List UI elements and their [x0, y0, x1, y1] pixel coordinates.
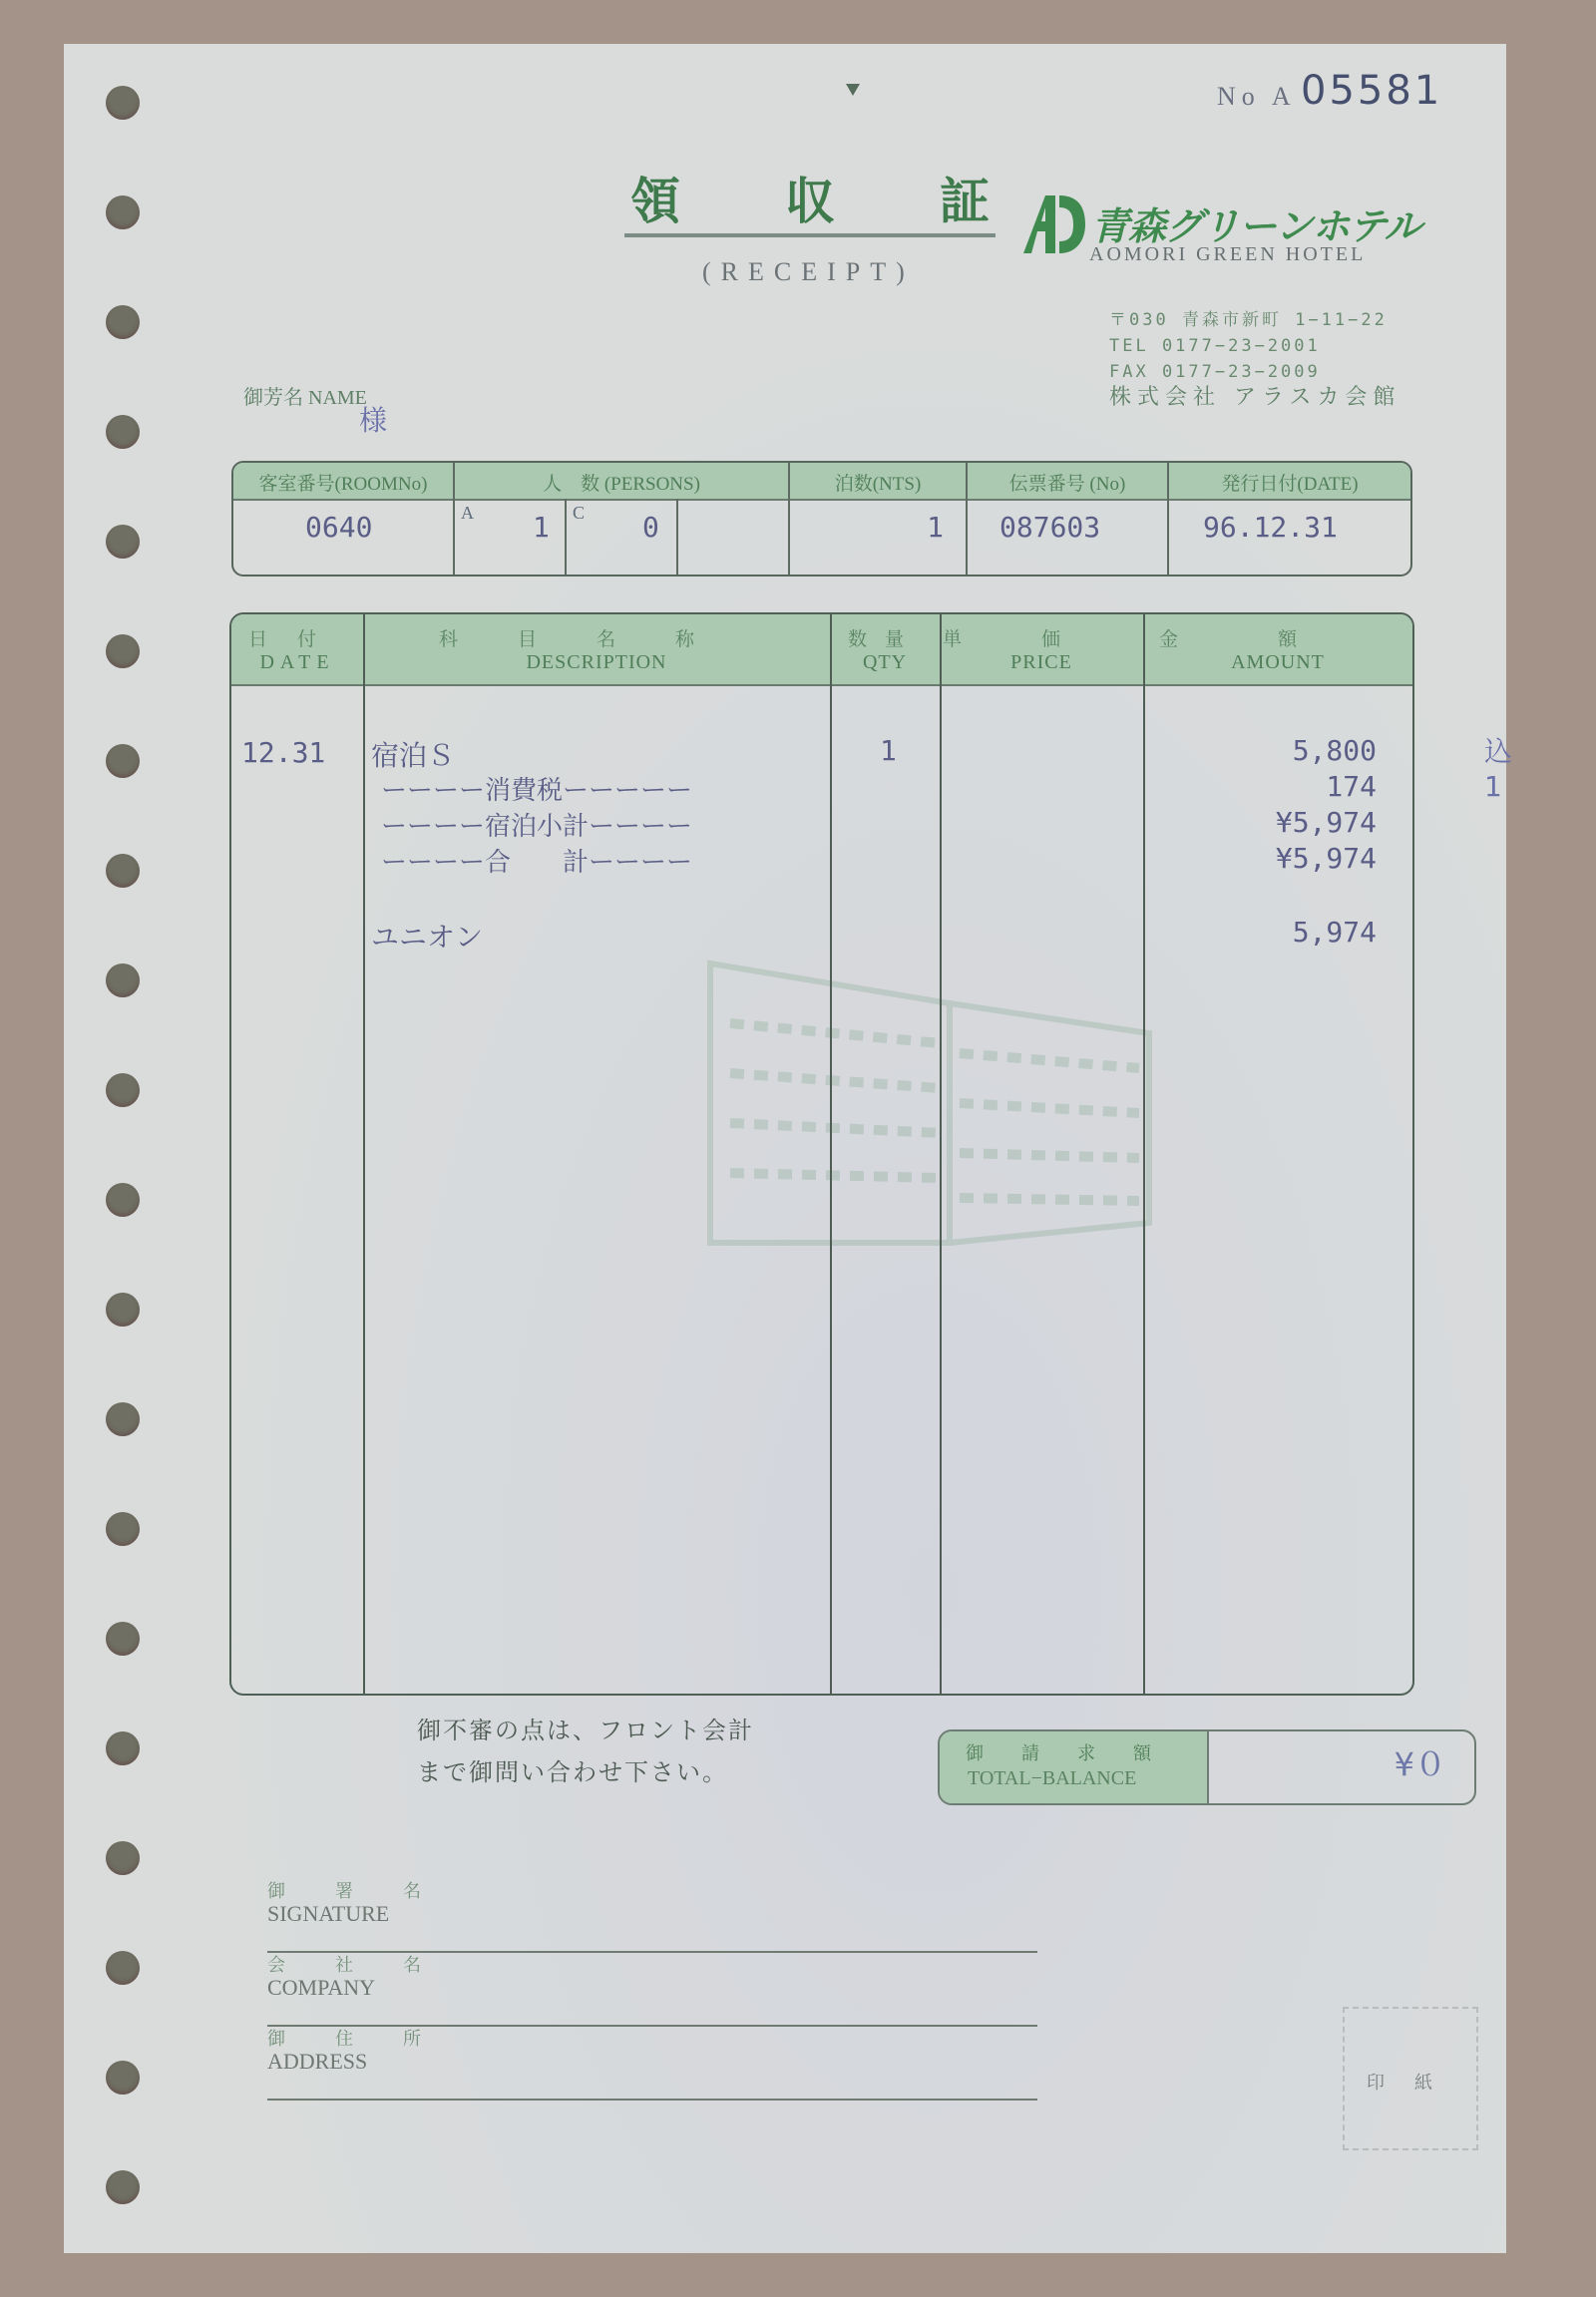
revenue-stamp-box: 印紙: [1343, 2007, 1478, 2150]
charges-table: 日付 DATE 科目名称 DESCRIPTION 数量 QTY 単価 PRICE…: [229, 612, 1414, 1696]
title-char: 領: [630, 162, 680, 233]
issue-date-header: 発行日付(DATE): [1169, 469, 1410, 496]
persons-divider: [565, 499, 567, 574]
punch-hole: [106, 963, 140, 997]
punch-hole: [106, 1402, 140, 1436]
adult-count: 1: [533, 511, 550, 544]
total-balance-box: 御請求額 TOTAL−BALANCE ¥０: [938, 1729, 1476, 1805]
total-balance-label-jp: 御請求額: [966, 1739, 1189, 1765]
hotel-logo-icon: [1019, 191, 1085, 257]
total-balance-label-en: TOTAL−BALANCE: [968, 1767, 1136, 1790]
row-description: 宿泊Ｓ: [371, 734, 455, 774]
tax-included-note: 込1: [1484, 730, 1512, 803]
row-description: ーーーー消費税ーーーーー: [381, 770, 692, 807]
header-date: 日付 DATE: [231, 614, 363, 684]
title-japanese: 領 収 証: [630, 162, 990, 233]
persons-header: 人 数 (PERSONS): [455, 469, 788, 496]
slip-number: 087603: [999, 511, 1100, 544]
adult-prefix: A: [461, 503, 474, 524]
child-count: 0: [642, 511, 659, 544]
title-english: (RECEIPT): [702, 257, 915, 287]
guest-name-label: 御芳名 NAME: [243, 381, 367, 410]
punch-hole: [106, 1731, 140, 1765]
nights-count: 1: [927, 511, 944, 544]
total-balance-label-cell: 御請求額 TOTAL−BALANCE: [940, 1731, 1209, 1803]
header-price-en: PRICE: [940, 651, 1143, 674]
punch-hole: [106, 744, 140, 778]
punch-hole: [106, 854, 140, 888]
slip-no-cell: 伝票番号 (No) 087603: [966, 463, 1167, 574]
issue-date: 96.12.31: [1203, 511, 1338, 544]
header-amount-en: AMOUNT: [1143, 651, 1412, 674]
room-cell: 客室番号(ROOMNo) 0640: [233, 463, 453, 574]
issue-date-cell: 発行日付(DATE) 96.12.31: [1167, 463, 1410, 574]
title-char: 収: [785, 162, 835, 233]
header-date-jp: 日付: [231, 624, 363, 651]
company-label-en: COMPANY: [267, 1975, 375, 2001]
receipt-number-label: No A: [1217, 82, 1297, 112]
row-amount: 5,800: [1137, 734, 1377, 767]
punch-hole: [106, 634, 140, 668]
guest-honorific: 様: [359, 399, 387, 439]
column-divider: [363, 614, 365, 1694]
punch-hole: [106, 415, 140, 449]
row-description: ーーーー宿泊小計ーーーー: [381, 806, 692, 843]
hotel-address-block: 〒030 青森市新町 1−11−22 TEL 0177−23−2001 FAX …: [1109, 307, 1400, 411]
room-number: 0640: [305, 511, 372, 544]
row-amount: ¥5,974: [1137, 806, 1377, 839]
total-balance-value: ¥０: [1395, 1739, 1446, 1785]
header-price-jp: 単価: [940, 624, 1143, 651]
notice-line-1: 御不審の点は、フロント会計: [417, 1710, 754, 1751]
row-amount: ¥5,974: [1137, 842, 1377, 875]
company-label-jp: 会社名: [267, 1951, 471, 1977]
punch-hole: [106, 1073, 140, 1107]
header-amount: 金額 AMOUNT: [1143, 614, 1412, 684]
hotel-name-japanese: 青森グリーンホテル: [1091, 195, 1420, 250]
stay-info-table: 客室番号(ROOMNo) 0640 人 数 (PERSONS) A 1 C 0 …: [231, 461, 1412, 576]
header-description: 科目名称 DESCRIPTION: [363, 614, 830, 684]
header-price: 単価 PRICE: [940, 614, 1143, 684]
receipt-number: 05581: [1301, 68, 1442, 114]
punch-hole: [106, 2170, 140, 2204]
punch-hole: [106, 86, 140, 120]
receipt-paper: No A 05581 領 収 証 (RECEIPT) 青森グリーンホテル AOM…: [64, 44, 1506, 2253]
signature-label-en: SIGNATURE: [267, 1901, 389, 1927]
signature-label-jp: 御署名: [267, 1877, 471, 1903]
inquiry-notice: 御不審の点は、フロント会計 まで御問い合わせ下さい。: [417, 1710, 754, 1793]
room-header: 客室番号(ROOMNo): [233, 469, 453, 496]
address-field[interactable]: 御住所 ADDRESS: [267, 2025, 1037, 2101]
punch-hole: [106, 525, 140, 559]
header-qty-jp: 数量: [830, 624, 940, 651]
company-field[interactable]: 会社名 COMPANY: [267, 1951, 1037, 2027]
header-amount-jp: 金額: [1143, 624, 1412, 651]
address-label-jp: 御住所: [267, 2025, 471, 2051]
row-qty: 1: [880, 734, 897, 767]
punch-hole: [106, 1951, 140, 1985]
child-prefix: C: [573, 503, 585, 524]
punch-hole: [106, 1512, 140, 1546]
punch-hole: [106, 1841, 140, 1875]
title-underline: [624, 233, 996, 237]
persons-divider: [676, 499, 678, 574]
punch-hole: [106, 1293, 140, 1327]
row-date: 12.31: [241, 736, 325, 769]
hotel-building-watermark-icon: [650, 924, 1169, 1253]
slip-no-header: 伝票番号 (No): [968, 469, 1167, 496]
persons-cell: 人 数 (PERSONS) A 1 C 0: [453, 463, 788, 574]
punch-hole: [106, 1622, 140, 1656]
header-description-en: DESCRIPTION: [363, 651, 830, 674]
header-date-en: DATE: [231, 651, 363, 674]
punch-hole: [106, 2061, 140, 2095]
nights-header: 泊数(NTS): [790, 469, 966, 496]
title-char: 証: [940, 162, 990, 233]
punch-hole: [106, 1183, 140, 1217]
hotel-company: 株式会社 アラスカ会館: [1109, 385, 1400, 411]
header-description-jp: 科目名称: [363, 624, 830, 651]
nights-cell: 泊数(NTS) 1: [788, 463, 966, 574]
column-divider: [940, 614, 942, 1694]
hotel-name-english: AOMORI GREEN HOTEL: [1089, 243, 1366, 266]
punch-hole: [106, 195, 140, 229]
hotel-fax: FAX 0177−23−2009: [1109, 359, 1400, 385]
row-description: ユニオン: [371, 916, 483, 956]
header-qty: 数量 QTY: [830, 614, 940, 684]
header-qty-en: QTY: [830, 651, 940, 674]
hotel-address: 〒030 青森市新町 1−11−22: [1109, 307, 1400, 333]
row-amount: 174: [1137, 770, 1377, 803]
address-label-en: ADDRESS: [267, 2049, 367, 2075]
revenue-stamp-label: 印紙: [1367, 2069, 1462, 2095]
row-description: ーーーー合 計ーーーー: [381, 842, 692, 879]
hotel-tel: TEL 0177−23−2001: [1109, 333, 1400, 359]
notice-line-2: まで御問い合わせ下さい。: [417, 1751, 754, 1793]
signature-field[interactable]: 御署名 SIGNATURE: [267, 1877, 1037, 1953]
fold-marker-icon: [846, 84, 860, 96]
punch-hole: [106, 305, 140, 339]
column-divider: [830, 614, 832, 1694]
row-amount: 5,974: [1137, 916, 1377, 949]
